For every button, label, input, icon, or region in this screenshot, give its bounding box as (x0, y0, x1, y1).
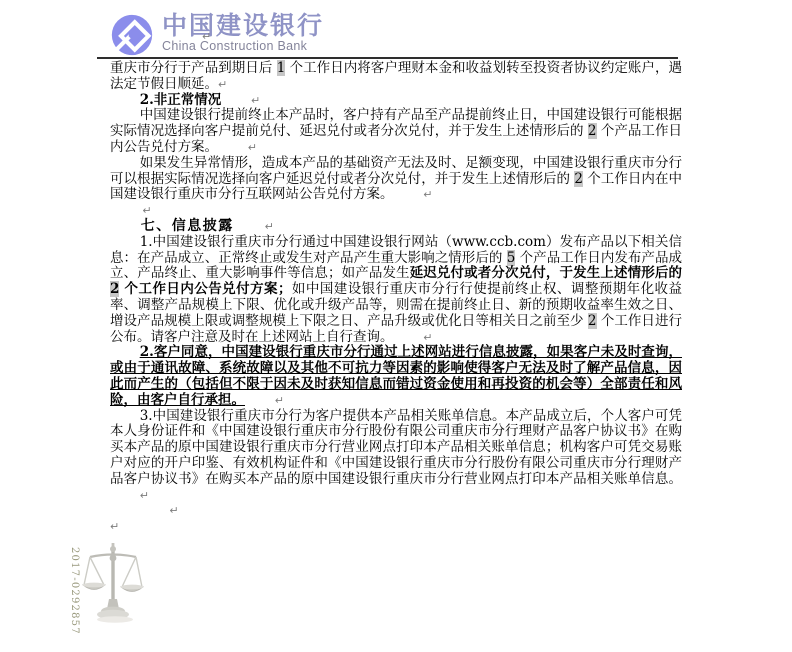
pilcrow-mark: ↵ (394, 187, 433, 203)
text-run: 2 (588, 123, 597, 139)
para-early-termination: 中国建设银行提前终止本产品时，客户持有产品至产品提前终止日，中国建设银行可能根据… (110, 108, 682, 155)
bank-logo-header: 中国建设银行 China Construction Bank (110, 13, 324, 57)
pilcrow-mark: ↵ (245, 393, 284, 409)
document-body: 重庆市分行于产品到期日后 1 个工作日内将客户理财本金和收益划转至投资者协议约定… (110, 61, 682, 535)
text-run: 重庆市分行于产品到期日后 (110, 60, 277, 76)
text-run: 2 (574, 171, 583, 187)
pilcrow-mark: ↵ (110, 488, 149, 504)
pilcrow-mark: ↵ (218, 140, 257, 156)
brand-name-english: China Construction Bank (162, 40, 324, 53)
text-run: 1 (277, 60, 286, 76)
text-run: 2 (588, 313, 597, 329)
para-disclosure-item-3: 3.中国建设银行重庆市分行为客户提供本产品相关账单信息。本产品成立后，个人客户可… (110, 409, 682, 504)
text-run: 个工作日内公告兑付方案； (119, 281, 291, 297)
pilcrow-mark: ↵ (218, 77, 227, 93)
para-blank-line: ↵ (110, 519, 682, 535)
text-run: 2 (110, 281, 119, 297)
pilcrow-mark: ↵ (394, 330, 433, 346)
para-disclosure-item-2: 2.客户同意，中国建设银行重庆市分行通过上述网站进行信息披露，如果客户未及时查询… (110, 345, 682, 408)
pilcrow-mark: ↵ (140, 503, 179, 519)
pilcrow-mark: ↵ (234, 219, 276, 235)
text-run: 2.非正常情况 (140, 92, 222, 108)
para-abnormal-circumstance: 如果发生异常情形，造成本产品的基础资产无法及时、足额变现，中国建设银行重庆市分行… (110, 156, 682, 203)
scales-of-justice-icon (82, 541, 144, 625)
pilcrow-mark: ↵ (126, 203, 151, 219)
ccb-emblem-icon (110, 13, 154, 57)
text-run: 2.客户同意，中国建设银行重庆市分行通过上述网站进行信息披露，如果客户未及时查询… (110, 344, 682, 407)
pilcrow-mark: ↵ (202, 30, 211, 43)
para-maturity-payment: 重庆市分行于产品到期日后 1 个工作日内将客户理财本金和收益划转至投资者协议约定… (110, 61, 682, 93)
document-page: 中国建设银行 China Construction Bank ↵ 重庆市分行于产… (0, 0, 792, 652)
heading-information-disclosure: 七、信息披露↵ (110, 219, 682, 235)
header-divider-rule (97, 57, 678, 59)
para-disclosure-item-1: 1.中国建设银行重庆市分行通过中国建设银行网站（www.ccb.com）发布产品… (110, 235, 682, 346)
brand-name-chinese: 中国建设银行 (162, 13, 324, 38)
pilcrow-mark: ↵ (110, 519, 119, 535)
para-blank-line: ↵ (110, 503, 682, 519)
text-run: 3.中国建设银行重庆市分行为客户提供本产品相关账单信息。本产品成立后，个人客户可… (110, 408, 682, 487)
para-blank-line: ↵ (110, 203, 682, 219)
text-run: 延迟兑付或者分次兑付，于发生上述情形后的 (410, 265, 682, 281)
watermark-serial-number: 2017-0292857 (69, 547, 80, 635)
brand-text-block: 中国建设银行 China Construction Bank (162, 13, 324, 53)
text-run: 七、信息披露 (141, 218, 234, 234)
